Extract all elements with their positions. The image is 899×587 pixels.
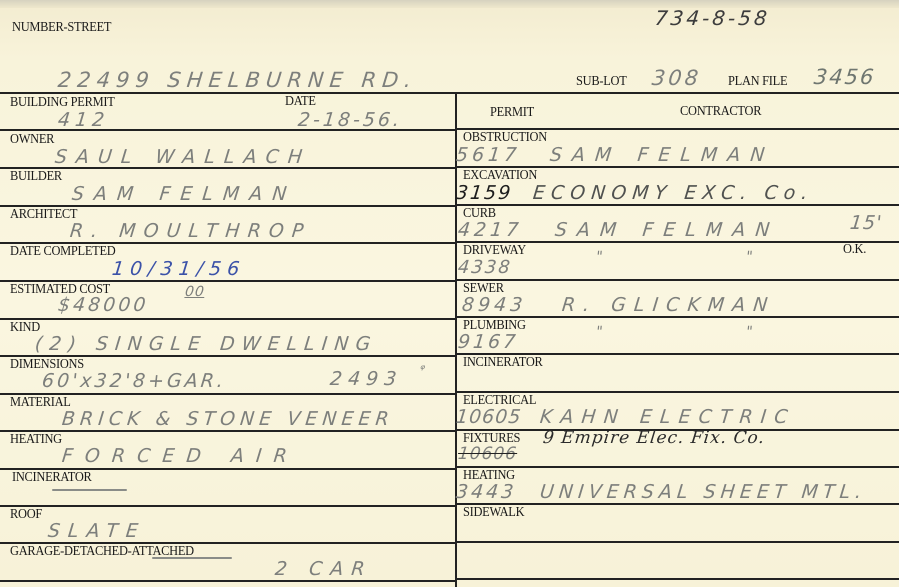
rule xyxy=(0,318,455,320)
heating-value: FORCED AIR xyxy=(61,445,300,467)
rule xyxy=(455,578,899,580)
builder-value: SAM FELMAN xyxy=(71,183,298,205)
obstruction-contractor: SAM FELMAN xyxy=(549,144,776,166)
driveway-permit: 4338 xyxy=(457,257,513,278)
obstruction-label: OBSTRUCTION xyxy=(463,129,547,145)
garage-value: 2 CAR xyxy=(274,558,374,580)
dimensions-value: 60'x32'8+GAR. xyxy=(41,370,227,392)
permit-column-header: PERMIT xyxy=(490,104,534,120)
garage-attached-underline xyxy=(152,557,232,559)
dimensions-area-unit: ᵠ xyxy=(419,362,425,376)
builder-label: BUILDER xyxy=(10,168,62,184)
card-number: 734-8-58 xyxy=(654,6,771,30)
date-completed-label: DATE COMPLETED xyxy=(10,243,115,259)
sub-lot-value: 308 xyxy=(651,66,703,90)
rule xyxy=(455,466,899,468)
driveway-note: O.K. xyxy=(843,241,866,257)
building-permit-value: 412 xyxy=(57,109,111,131)
estimated-cost-cents: 00 xyxy=(184,284,206,300)
rule xyxy=(455,541,899,543)
rule xyxy=(455,279,899,281)
roof-label: ROOF xyxy=(10,506,42,522)
fixtures-contractor: 9 Empire Elec. Fix. Co. xyxy=(542,428,766,448)
electrical-permit: 10605 xyxy=(455,406,523,428)
plan-file-value: 3456 xyxy=(813,65,877,89)
driveway-label: DRIVEWAY xyxy=(463,242,526,258)
rule xyxy=(455,204,899,206)
architect-label: ARCHITECT xyxy=(10,206,77,222)
plumbing-permit: 9167 xyxy=(457,331,520,353)
material-value: BRICK & STONE VENEER xyxy=(61,408,395,430)
rule xyxy=(0,580,455,582)
heating-label: HEATING xyxy=(10,431,62,447)
estimated-cost-value: $48000 xyxy=(57,294,150,316)
building-record-card: NUMBER-STREET 734-8-58 22499 SHELBURNE R… xyxy=(0,0,899,587)
owner-label: OWNER xyxy=(10,131,54,147)
architect-value: R. MOULTHROP xyxy=(69,220,313,242)
excavation-permit: 3159 xyxy=(455,182,514,204)
date-label: DATE xyxy=(285,93,316,109)
dimensions-area: 2493 xyxy=(329,368,404,390)
plan-file-label: PLAN FILE xyxy=(728,73,787,89)
building-permit-label: BUILDING PERMIT xyxy=(10,94,115,110)
fixtures-permit-struck: 10606 xyxy=(457,444,518,464)
sub-lot-label: SUB-LOT xyxy=(576,73,627,89)
curb-note: 15' xyxy=(849,212,884,234)
incinerator-permit-label: INCINERATOR xyxy=(463,354,543,370)
sidewalk-label: SIDEWALK xyxy=(463,504,524,520)
sewer-permit: 8943 xyxy=(461,294,528,316)
contractor-column-header: CONTRACTOR xyxy=(680,103,761,119)
curb-contractor: SAM FELMAN xyxy=(554,219,781,241)
rule xyxy=(0,92,899,94)
number-street-value: 22499 SHELBURNE RD. xyxy=(57,68,419,92)
roof-value: SLATE xyxy=(47,520,147,542)
sewer-contractor: R. GLICKMAN xyxy=(561,294,777,316)
number-street-label: NUMBER-STREET xyxy=(12,19,111,35)
owner-value: SAUL WALLACH xyxy=(54,146,312,168)
heating-contractor: UNIVERSAL SHEET MTL. xyxy=(539,481,868,503)
incinerator-label: INCINERATOR xyxy=(12,469,92,485)
rule xyxy=(0,430,455,432)
excavation-contractor: ECONOMY EXC. Co. xyxy=(532,182,815,204)
excavation-label: EXCAVATION xyxy=(463,167,537,183)
plumbing-contractor-ditto: " " xyxy=(595,324,765,340)
heating-permit: 3443 xyxy=(455,481,518,503)
driveway-contractor-ditto: " " xyxy=(595,249,765,265)
kind-value: (2) SINGLE DWELLING xyxy=(34,333,379,355)
obstruction-permit: 5617 xyxy=(455,144,522,166)
material-label: MATERIAL xyxy=(10,394,71,410)
date-completed-value: 10/31/56 xyxy=(111,258,247,280)
curb-permit: 4217 xyxy=(457,219,524,241)
date-value: 2-18-56. xyxy=(297,109,404,131)
incinerator-dash xyxy=(52,489,127,491)
electrical-contractor: KAHN ELECTRIC xyxy=(539,406,797,428)
rule xyxy=(0,505,455,507)
